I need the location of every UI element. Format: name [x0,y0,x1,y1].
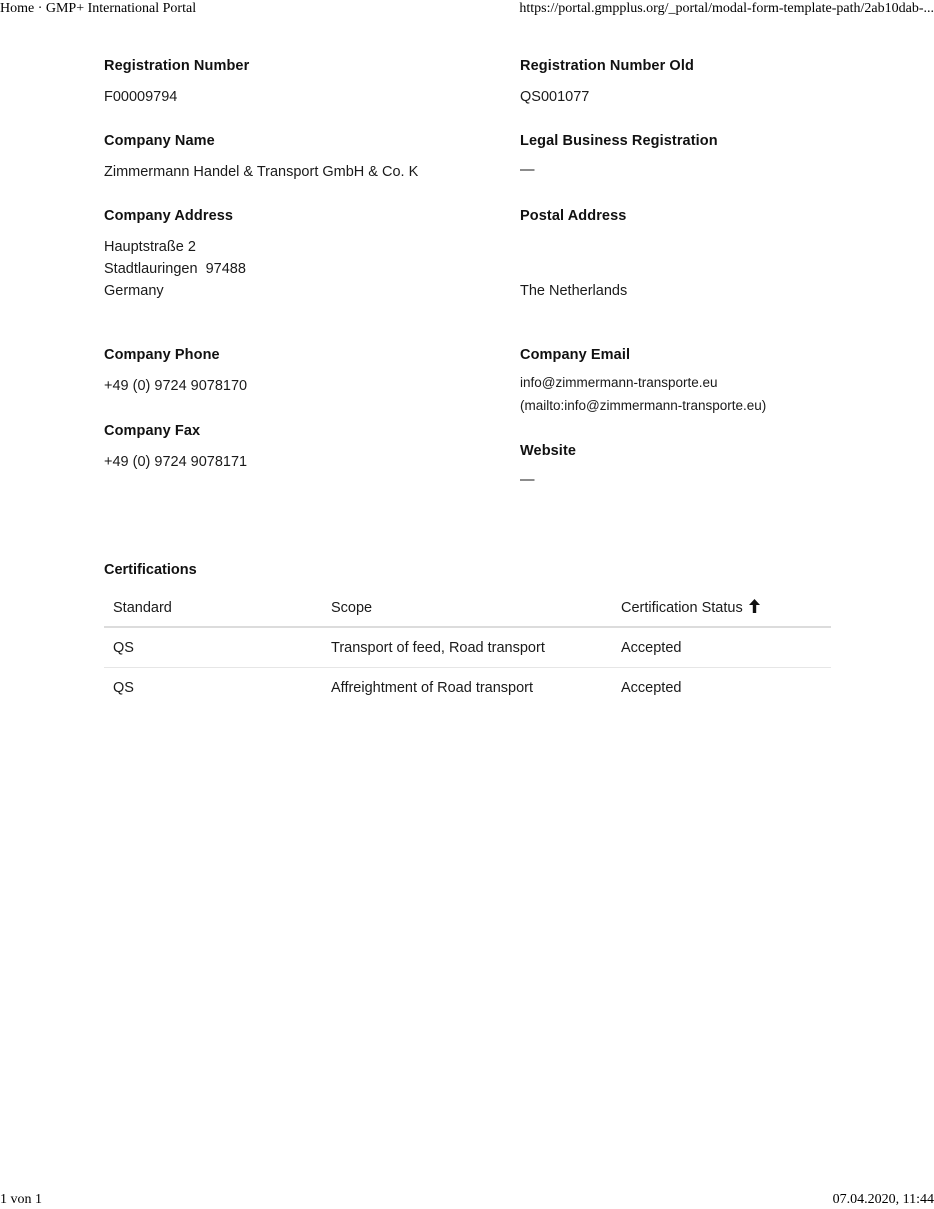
print-header: Home · GMP+ International Portal https:/… [0,1,934,17]
legal-business-registration-value: — [520,159,718,181]
company-fax-label: Company Fax [104,423,247,439]
column-header-scope[interactable]: Scope [322,590,612,627]
company-email-label: Company Email [520,347,766,363]
print-footer: 1 von 1 07.04.2020, 11:44 [0,1192,934,1208]
company-address-value: Hauptstraße 2 Stadtlauringen 97488 Germa… [104,236,246,302]
registration-number-label: Registration Number [104,58,249,74]
column-header-standard[interactable]: Standard [104,590,322,627]
cell-scope: Transport of feed, Road transport [322,627,612,668]
table-header-row: Standard Scope Certification Status [104,590,831,627]
company-fax-field: Company Fax +49 (0) 9724 9078171 [104,423,247,473]
company-phone-value: +49 (0) 9724 9078170 [104,375,247,397]
registration-number-old-label: Registration Number Old [520,58,694,74]
company-fax-value: +49 (0) 9724 9078171 [104,451,247,473]
registration-number-old-value: QS001077 [520,86,694,108]
website-field: Website — [520,443,576,491]
print-page-number: 1 von 1 [0,1192,42,1208]
website-value: — [520,469,576,491]
company-address-field: Company Address Hauptstraße 2 Stadtlauri… [104,208,246,302]
address-line [520,236,627,258]
cell-status: Accepted [612,668,831,708]
website-label: Website [520,443,576,459]
email-address[interactable]: info@zimmermann-transporte.eu [520,371,766,394]
company-email-value: info@zimmermann-transporte.eu (mailto:in… [520,371,766,417]
column-header-status-label: Certification Status [621,600,743,616]
company-address-label: Company Address [104,208,246,224]
arrow-up-icon[interactable] [749,599,760,617]
print-page-url: https://portal.gmpplus.org/_portal/modal… [519,1,934,17]
column-header-certification-status[interactable]: Certification Status [612,590,831,627]
company-name-label: Company Name [104,133,418,149]
legal-business-registration-label: Legal Business Registration [520,133,718,149]
cell-standard: QS [104,668,322,708]
cell-status: Accepted [612,627,831,668]
table-row[interactable]: QS Transport of feed, Road transport Acc… [104,627,831,668]
certifications-title: Certifications [104,562,197,578]
print-datetime: 07.04.2020, 11:44 [833,1192,934,1208]
table-row[interactable]: QS Affreightment of Road transport Accep… [104,668,831,708]
registration-number-value: F00009794 [104,86,249,108]
registration-number-field: Registration Number F00009794 [104,58,249,108]
cell-scope: Affreightment of Road transport [322,668,612,708]
postal-address-value: The Netherlands [520,236,627,302]
company-name-value: Zimmermann Handel & Transport GmbH & Co.… [104,161,418,183]
postal-address-label: Postal Address [520,208,627,224]
certifications-table: Standard Scope Certification Status QS T… [104,590,831,707]
address-line: The Netherlands [520,280,627,302]
address-line [520,258,627,280]
legal-business-registration-field: Legal Business Registration — [520,133,718,181]
cell-standard: QS [104,627,322,668]
print-page-title: Home · GMP+ International Portal [0,1,196,17]
postal-address-field: Postal Address The Netherlands [520,208,627,302]
company-name-field: Company Name Zimmermann Handel & Transpo… [104,133,418,183]
address-line: Hauptstraße 2 [104,236,246,258]
address-line: Germany [104,280,246,302]
email-mailto[interactable]: (mailto:info@zimmermann-transporte.eu) [520,394,766,417]
company-phone-label: Company Phone [104,347,247,363]
company-email-field: Company Email info@zimmermann-transporte… [520,347,766,417]
registration-number-old-field: Registration Number Old QS001077 [520,58,694,108]
company-phone-field: Company Phone +49 (0) 9724 9078170 [104,347,247,397]
address-line: Stadtlauringen 97488 [104,258,246,280]
